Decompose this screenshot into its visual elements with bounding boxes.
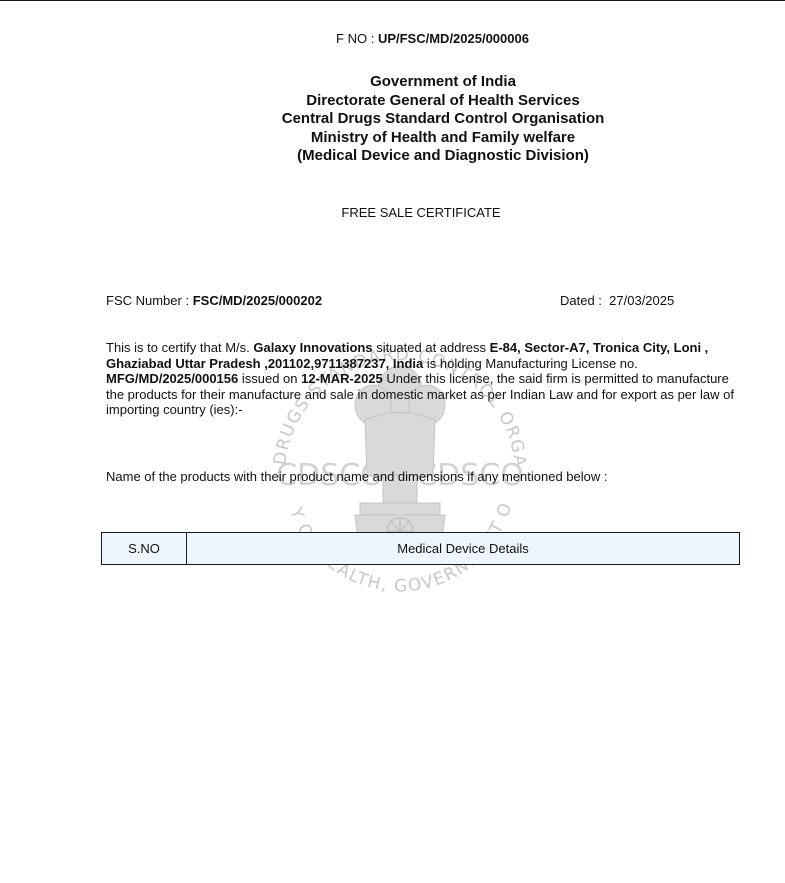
- certification-statement: This is to certify that M/s. Galaxy Inno…: [106, 340, 746, 418]
- license-issue-date: 12-MAR-2025: [301, 371, 383, 386]
- fsc-number: FSC Number : FSC/MD/2025/000202: [106, 293, 322, 308]
- file-number-label: F NO :: [336, 31, 374, 46]
- firm-name: Galaxy Innovations: [253, 340, 372, 355]
- fsc-number-label: FSC Number :: [106, 293, 189, 308]
- issue-date: Dated : 27/03/2025: [560, 293, 674, 308]
- fsc-number-value: FSC/MD/2025/000202: [193, 293, 322, 308]
- file-number-value: UP/FSC/MD/2025/000006: [378, 31, 529, 46]
- products-intro: Name of the products with their product …: [106, 469, 608, 484]
- dated-value: 27/03/2025: [609, 293, 674, 308]
- table-header-row: S.NO Medical Device Details: [102, 533, 740, 565]
- certificate-title: FREE SALE CERTIFICATE: [0, 205, 785, 220]
- license-number: MFG/MD/2025/000156: [106, 371, 238, 386]
- column-header-device-details: Medical Device Details: [187, 533, 740, 565]
- issuing-authority-heading: Government of India Directorate General …: [0, 73, 785, 166]
- top-border-rule: [0, 0, 785, 1]
- cert-text: is holding Manufacturing License no.: [423, 356, 638, 371]
- cert-text: issued on: [238, 371, 301, 386]
- heading-line-directorate: Directorate General of Health Services: [0, 92, 785, 111]
- heading-line-division: (Medical Device and Diagnostic Division): [0, 147, 785, 166]
- heading-line-government: Government of India: [0, 73, 785, 92]
- medical-device-table: S.NO Medical Device Details: [101, 532, 740, 565]
- file-number: F NO : UP/FSC/MD/2025/000006: [0, 31, 785, 46]
- heading-line-ministry: Ministry of Health and Family welfare: [0, 129, 785, 148]
- cert-text: This is to certify that M/s.: [106, 340, 253, 355]
- cert-text: situated at address: [373, 340, 490, 355]
- column-header-sno: S.NO: [102, 533, 187, 565]
- dated-label: Dated :: [560, 293, 602, 308]
- heading-line-cdsco: Central Drugs Standard Control Organisat…: [0, 110, 785, 129]
